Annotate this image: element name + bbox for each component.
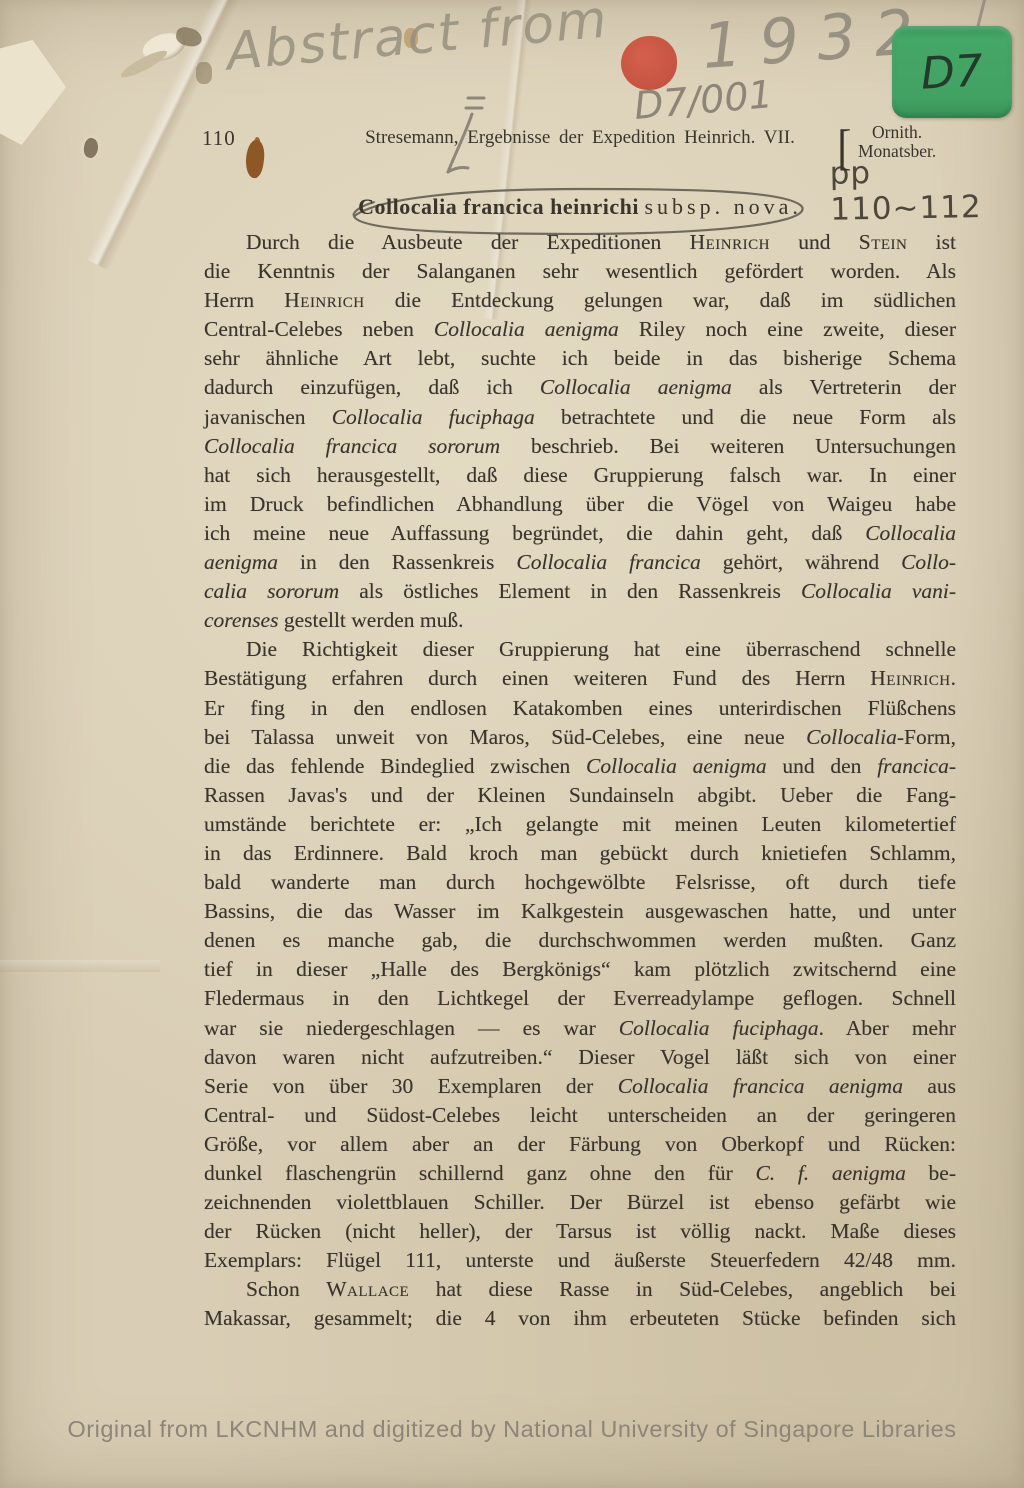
body-text: Durch die Ausbeute der Expeditionen Hein… (204, 228, 956, 1334)
text-line: dadurch einzufügen, daß ich Collocalia a… (204, 373, 956, 402)
text-line: Durch die Ausbeute der Expeditionen Hein… (204, 228, 956, 257)
text-line: corenses gestellt werden muß. (204, 606, 956, 635)
text-line: im Druck befindlichen Abhandlung über di… (204, 490, 956, 519)
text-line: aenigma in den Rassenkreis Collocalia fr… (204, 548, 956, 577)
text-line: Die Richtigkeit dieser Gruppierung hat e… (204, 635, 956, 664)
text-line: calia sororum als östliches Element in d… (204, 577, 956, 606)
text-line: ich meine neue Auffassung begründet, die… (204, 519, 956, 548)
text-line: Schon Wallace hat diese Rasse in Süd-Cel… (204, 1275, 956, 1304)
text-line: zeichnenden violettblauen Schiller. Der … (204, 1188, 956, 1217)
text-line: die das fehlende Bindeglied zwischen Col… (204, 752, 956, 781)
running-header: Stresemann, Ergebnisse der Expedition He… (300, 127, 860, 149)
species-name: Collocalia francica heinrichi (358, 194, 639, 219)
species-suffix: subsp. nova. (645, 194, 802, 219)
text-line: Exemplars: Flügel 111, unterste und äuße… (204, 1246, 956, 1275)
text-line: sehr ähnliche Art lebt, suchte ich beide… (204, 344, 956, 373)
red-dot-sticker (621, 36, 677, 90)
text-line: Er fing in den endlosen Katakomben eines… (204, 694, 956, 723)
paragraph: Durch die Ausbeute der Expeditionen Hein… (204, 228, 956, 635)
paper-chip (0, 40, 66, 145)
text-line: Collocalia francica sororum beschrieb. B… (204, 432, 956, 461)
text-line: Central-Celebes neben Collocalia aenigma… (204, 315, 956, 344)
citation-bracket: [ (837, 118, 851, 176)
text-line: Fledermaus in den Lichtkegel der Everrea… (204, 984, 956, 1013)
text-line: Central- und Südost-Celebes leicht unter… (204, 1101, 956, 1130)
paper-damage-spot (82, 137, 99, 159)
text-line: war sie niedergeschlagen — es war Colloc… (204, 1014, 956, 1043)
text-line: der Rücken (nicht heller), der Tarsus is… (204, 1217, 956, 1246)
text-line: tief in dieser „Halle des Bergkönigs“ ka… (204, 955, 956, 984)
scanned-page: Abstract from 1932 D7/001 pp 110~112 D7 … (0, 0, 1024, 1488)
text-line: umstände berichtete er: „Ich gelangte mi… (204, 810, 956, 839)
text-line: davon waren nicht aufzutreiben.“ Dieser … (204, 1043, 956, 1072)
paragraph: Die Richtigkeit dieser Gruppierung hat e… (204, 635, 956, 1275)
text-line: Serie von über 30 Exemplaren der Colloca… (204, 1072, 956, 1101)
paper-crease (0, 960, 160, 972)
handwritten-abstract-note: Abstract from (224, 0, 611, 83)
journal-name: Ornith. Monatsber. (858, 123, 936, 161)
text-line: Makassar, gesammelt; die 4 von ihm erbeu… (204, 1304, 956, 1333)
text-line: Rassen Javas's und der Kleinen Sundainse… (204, 781, 956, 810)
text-line: Bassins, die das Wasser im Kalkgestein a… (204, 897, 956, 926)
text-line: Herrn Heinrich die Entdeckung gelungen w… (204, 286, 956, 315)
text-line: javanischen Collocalia fuciphaga betrach… (204, 403, 956, 432)
text-line: denen es manche gab, die durchschwommen … (204, 926, 956, 955)
text-line: die Kenntnis der Salanganen sehr wesentl… (204, 257, 956, 286)
rust-stain (243, 139, 266, 179)
green-label-sticker: D7 (892, 26, 1012, 118)
page-number: 110 (202, 126, 236, 151)
journal-line1: Ornith. (858, 123, 936, 142)
text-line: dunkel flaschengrün schillernd ganz ohne… (204, 1159, 956, 1188)
paper-damage-spot (196, 62, 212, 84)
text-line: bei Talassa unweit von Maros, Süd-Celebe… (204, 723, 956, 752)
text-line: Größe, vor allem aber an der Färbung von… (204, 1130, 956, 1159)
text-line: Bestätigung erfahren durch einen weitere… (204, 664, 956, 693)
text-line: in das Erdinnere. Bald kroch man gebückt… (204, 839, 956, 868)
species-heading: Collocalia francica heinrichi subsp. nov… (204, 194, 956, 220)
sticker-label: D7 (920, 45, 984, 99)
journal-line2: Monatsber. (858, 142, 936, 161)
text-line: hat sich herausgestellt, daß diese Grupp… (204, 461, 956, 490)
paragraph: Schon Wallace hat diese Rasse in Süd-Cel… (204, 1275, 956, 1333)
text-line: bald wanderte man durch hochgewölbte Fel… (204, 868, 956, 897)
digitization-watermark: Original from LKCNHM and digitized by Na… (0, 1416, 1024, 1443)
